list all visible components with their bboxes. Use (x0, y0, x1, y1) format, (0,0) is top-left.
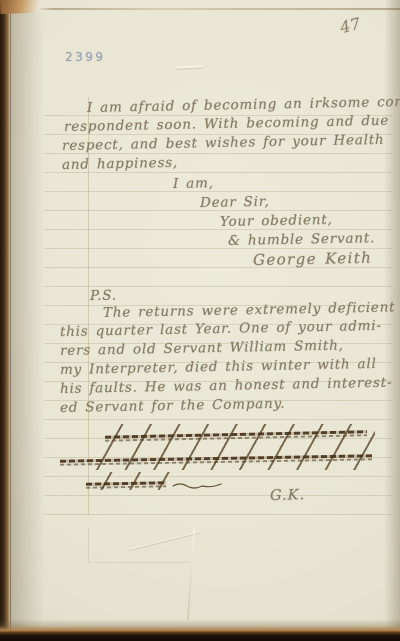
book-binding-left (0, 0, 10, 641)
pen-flourish (172, 480, 222, 490)
letter-line: & humble Servant. (228, 230, 375, 249)
page-number: 47 (338, 14, 362, 37)
letter-line: Dear Sir, (200, 194, 270, 211)
gutter-shadow (11, 0, 45, 641)
page-fold-line (10, 0, 11, 641)
signature: George Keith (253, 249, 373, 269)
postscript-label: P.S. (90, 287, 117, 304)
letter-line: Your obedient, (220, 212, 333, 230)
postscript-initials: G.K. (270, 487, 305, 504)
book-corner-top-left (0, 0, 70, 14)
letter-line: and happiness, (62, 155, 178, 173)
paper-scratch (176, 65, 202, 68)
archive-stamp-number: 2399 (65, 50, 106, 64)
manuscript-page-scan: 47 2399 I am afraid of becoming an irkso… (0, 0, 400, 641)
strikethrough-hatch (95, 424, 375, 470)
letter-line: I am, (173, 175, 214, 192)
book-edge-bottom (0, 619, 400, 641)
strikethrough-hatch (84, 472, 172, 490)
